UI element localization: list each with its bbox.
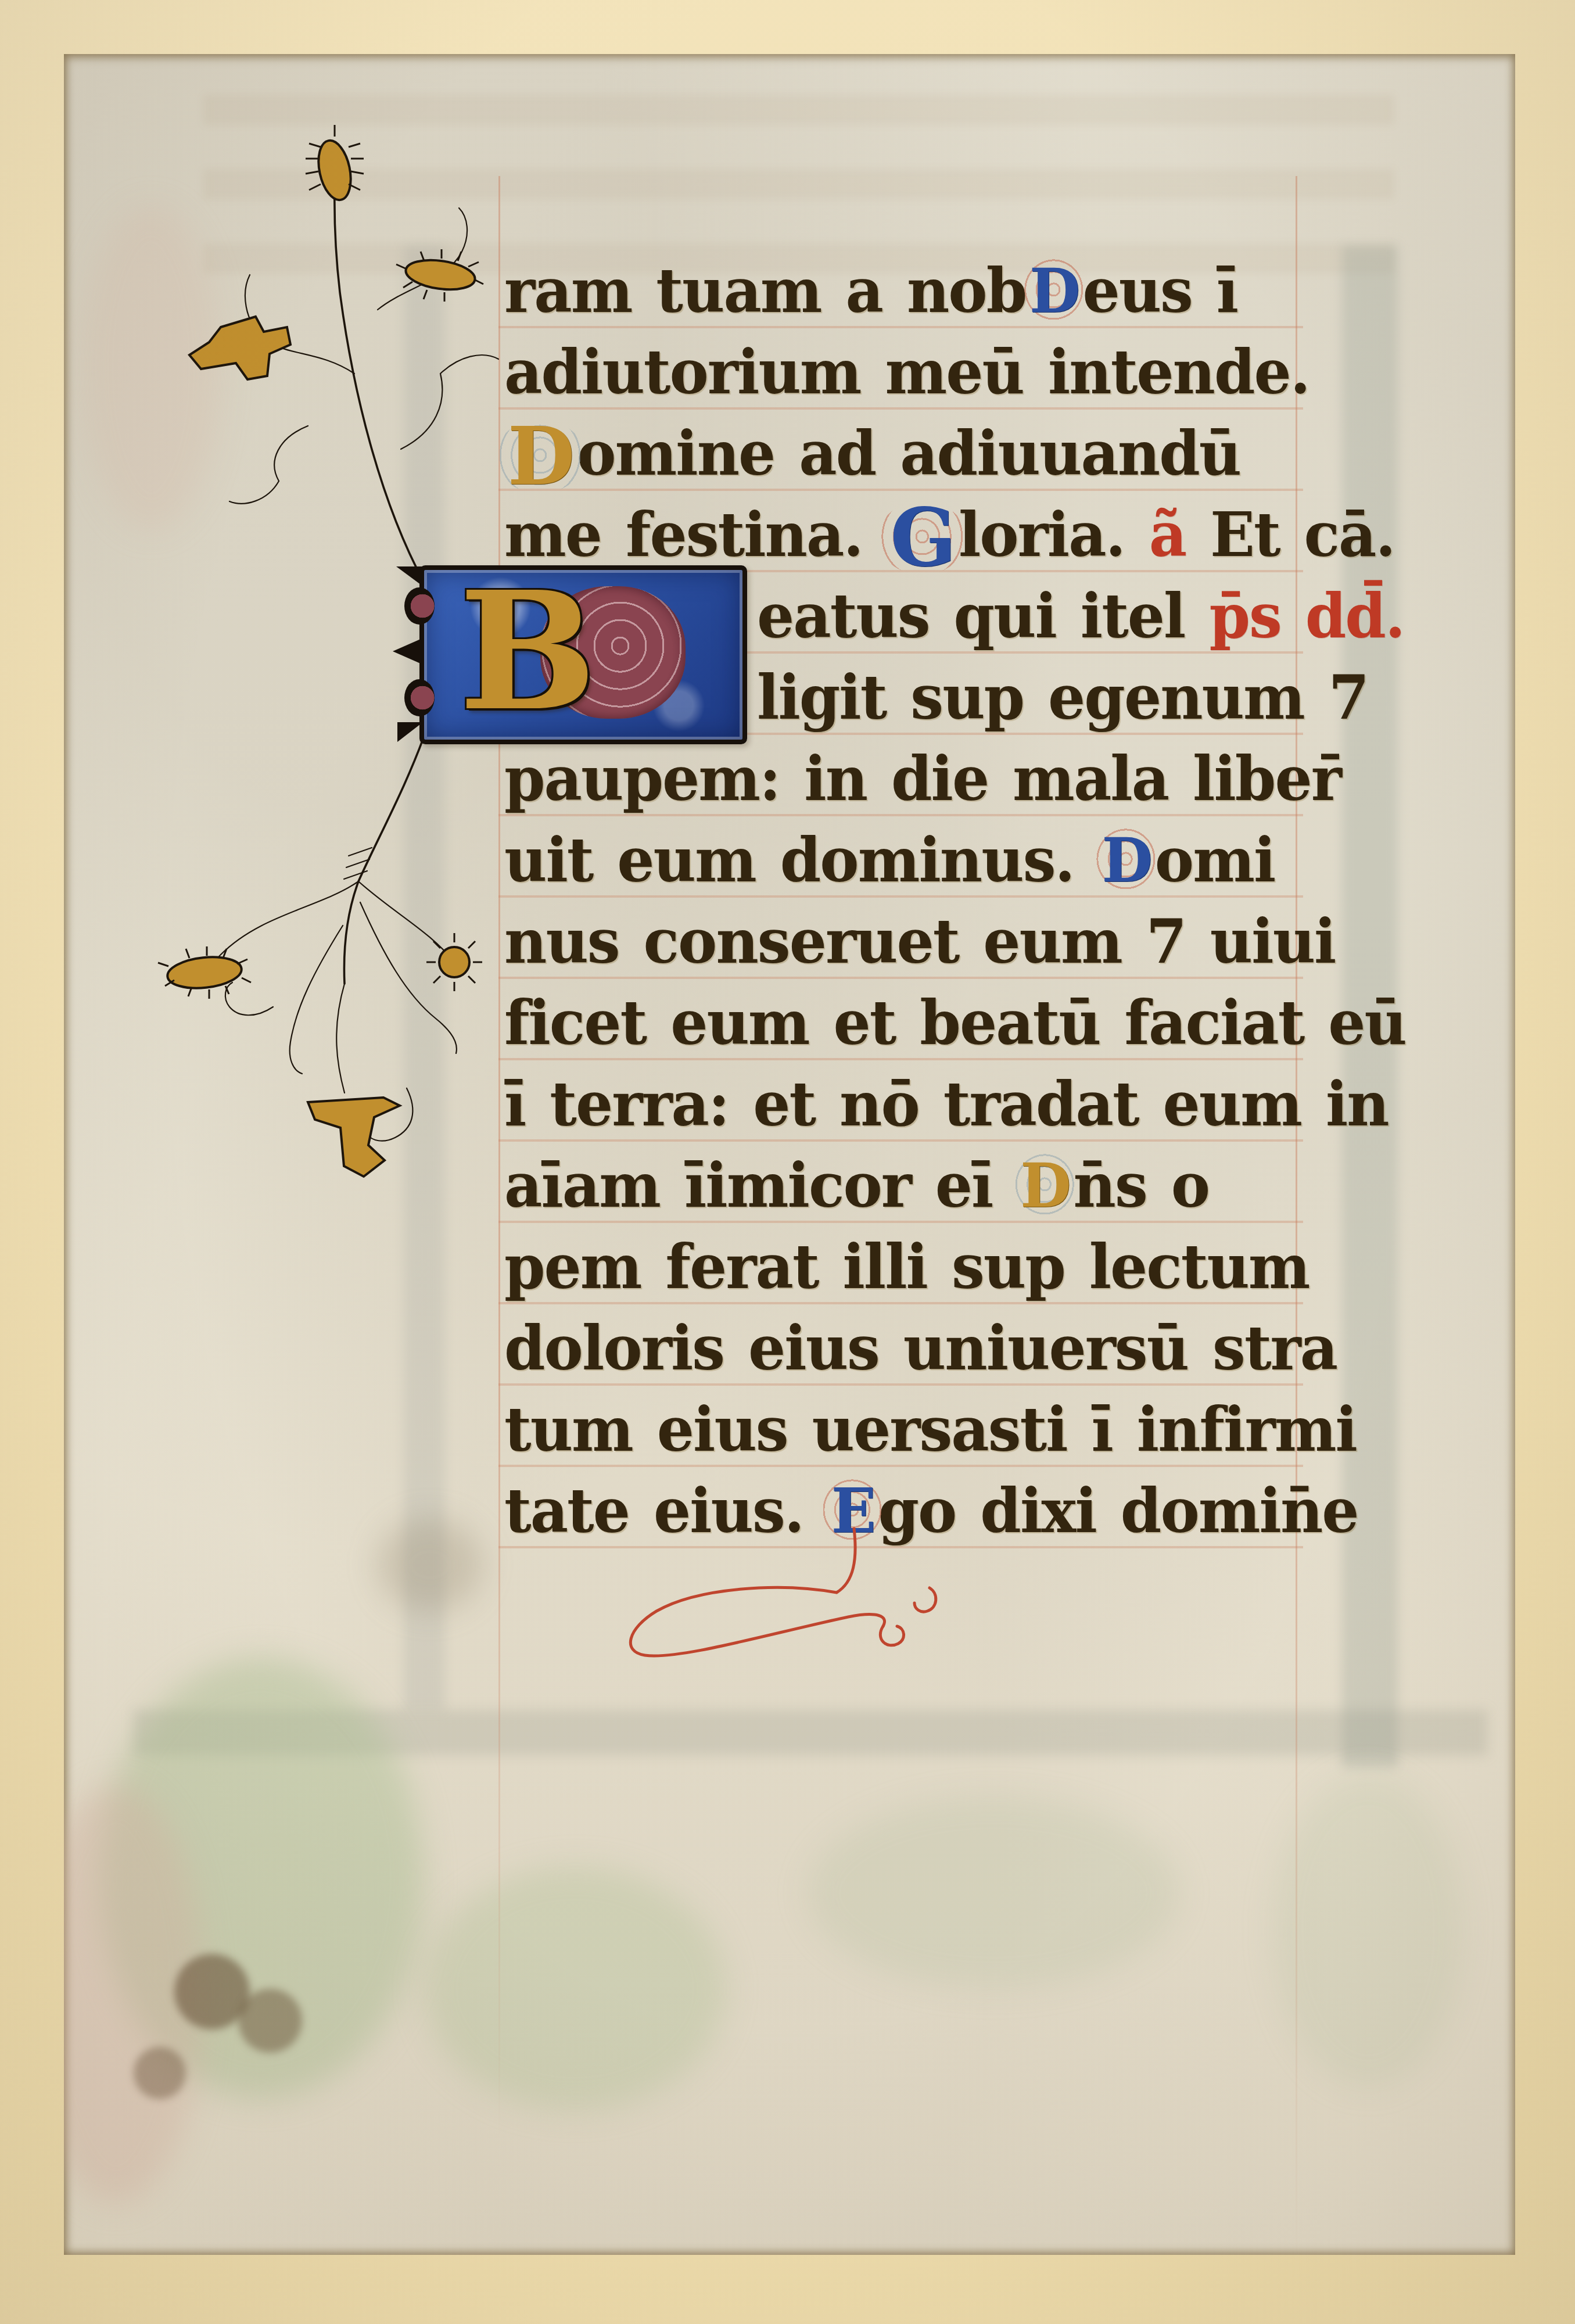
verso-band-showthrough (134, 1710, 1487, 1755)
pink-showthrough-stain (64, 1785, 203, 2204)
illuminated-initial: D (1017, 1145, 1073, 1226)
initial-B-thorn (397, 722, 423, 742)
illuminated-initial: D (1026, 250, 1082, 332)
illuminated-initial-B-panel: B (419, 565, 747, 744)
initial-B-thorn (396, 566, 423, 586)
text-segment: omi (1155, 824, 1275, 896)
text-line: eatus qui itel p̄s dd̄. (757, 576, 1312, 657)
text-segment: ī terra: et nō tradat eum in (504, 1068, 1389, 1140)
text-segment: pem ferat illi sup lectum (504, 1231, 1309, 1303)
red-pen-flourish (604, 1518, 1011, 1687)
rubric-text: p̄s dd̄. (1209, 580, 1404, 652)
illuminated-initial: D (504, 417, 577, 496)
text-segment: ficet eum et beatū faciat eū (504, 987, 1406, 1059)
text-block: ram tuam a nobDeus īadiutorium meū inten… (504, 250, 1329, 1552)
text-segment: ram tuam a nob (504, 255, 1026, 327)
rubric-text: ã (1149, 499, 1210, 571)
text-segment: eatus qui itel (757, 580, 1209, 652)
illuminated-initial-B: B (459, 563, 742, 740)
text-line: adiutorium meū intende. (504, 332, 1304, 413)
text-line: ram tuam a nobDeus ī (504, 250, 1304, 332)
text-segment: paupem: in die mala liber̄ (504, 743, 1341, 815)
berry-showthrough (174, 1954, 250, 2029)
text-line: Domine ad adiuuandū (504, 413, 1304, 494)
text-line: paupem: in die mala liber̄ (504, 738, 1304, 820)
text-line: ficet eum et beatū faciat eū (504, 982, 1304, 1064)
illuminated-initial: D (1099, 820, 1155, 901)
foliage-showthrough-stain (424, 1867, 726, 2111)
text-line: aīam īimicor eī Dn̄s o (504, 1145, 1304, 1226)
text-segment: tum eius uersasti ī infirmi (504, 1394, 1357, 1465)
text-segment: Et cā. (1210, 499, 1395, 571)
text-segment: n̄s o (1074, 1150, 1210, 1221)
text-segment: aīam īimicor eī (504, 1150, 1017, 1221)
text-segment: doloris eius uniuersū stra (504, 1312, 1337, 1384)
manuscript-page: ram tuam a nobDeus īadiutorium meū inten… (64, 54, 1515, 2255)
framed-manuscript-photo: ram tuam a nobDeus īadiutorium meū inten… (0, 0, 1575, 2324)
text-segment: loria. (959, 499, 1149, 571)
text-segment: uit eum dominus. (504, 824, 1099, 896)
initial-B-notch (404, 679, 435, 716)
text-segment: adiutorium meū intende. (504, 336, 1309, 408)
initial-B-thorn (393, 639, 422, 664)
text-line: doloris eius uniuersū stra (504, 1308, 1304, 1389)
text-line: uit eum dominus. Domi (504, 820, 1304, 901)
text-segment: nus conseruet eum 7 uiui (504, 906, 1335, 977)
text-segment: omine ad adiuuandū (577, 418, 1240, 489)
illuminated-initial: G (887, 498, 958, 578)
berry-showthrough (134, 2047, 186, 2099)
text-segment: eus ī (1082, 255, 1237, 327)
text-line: ligit sup egenum 7 (757, 657, 1312, 738)
foliage-showthrough-stain (1272, 1774, 1464, 2088)
text-line: pem ferat illi sup lectum (504, 1226, 1304, 1308)
berry-showthrough (238, 1989, 302, 2053)
text-segment: ligit sup egenum 7 (757, 662, 1368, 733)
text-line: tum eius uersasti ī infirmi (504, 1389, 1304, 1471)
initial-B-notch (404, 587, 435, 625)
smudge-stain (378, 1518, 482, 1611)
text-line: nus conseruet eum 7 uiui (504, 901, 1304, 982)
text-line: ī terra: et nō tradat eum in (504, 1064, 1304, 1145)
foliage-showthrough-stain (808, 1797, 1179, 1989)
